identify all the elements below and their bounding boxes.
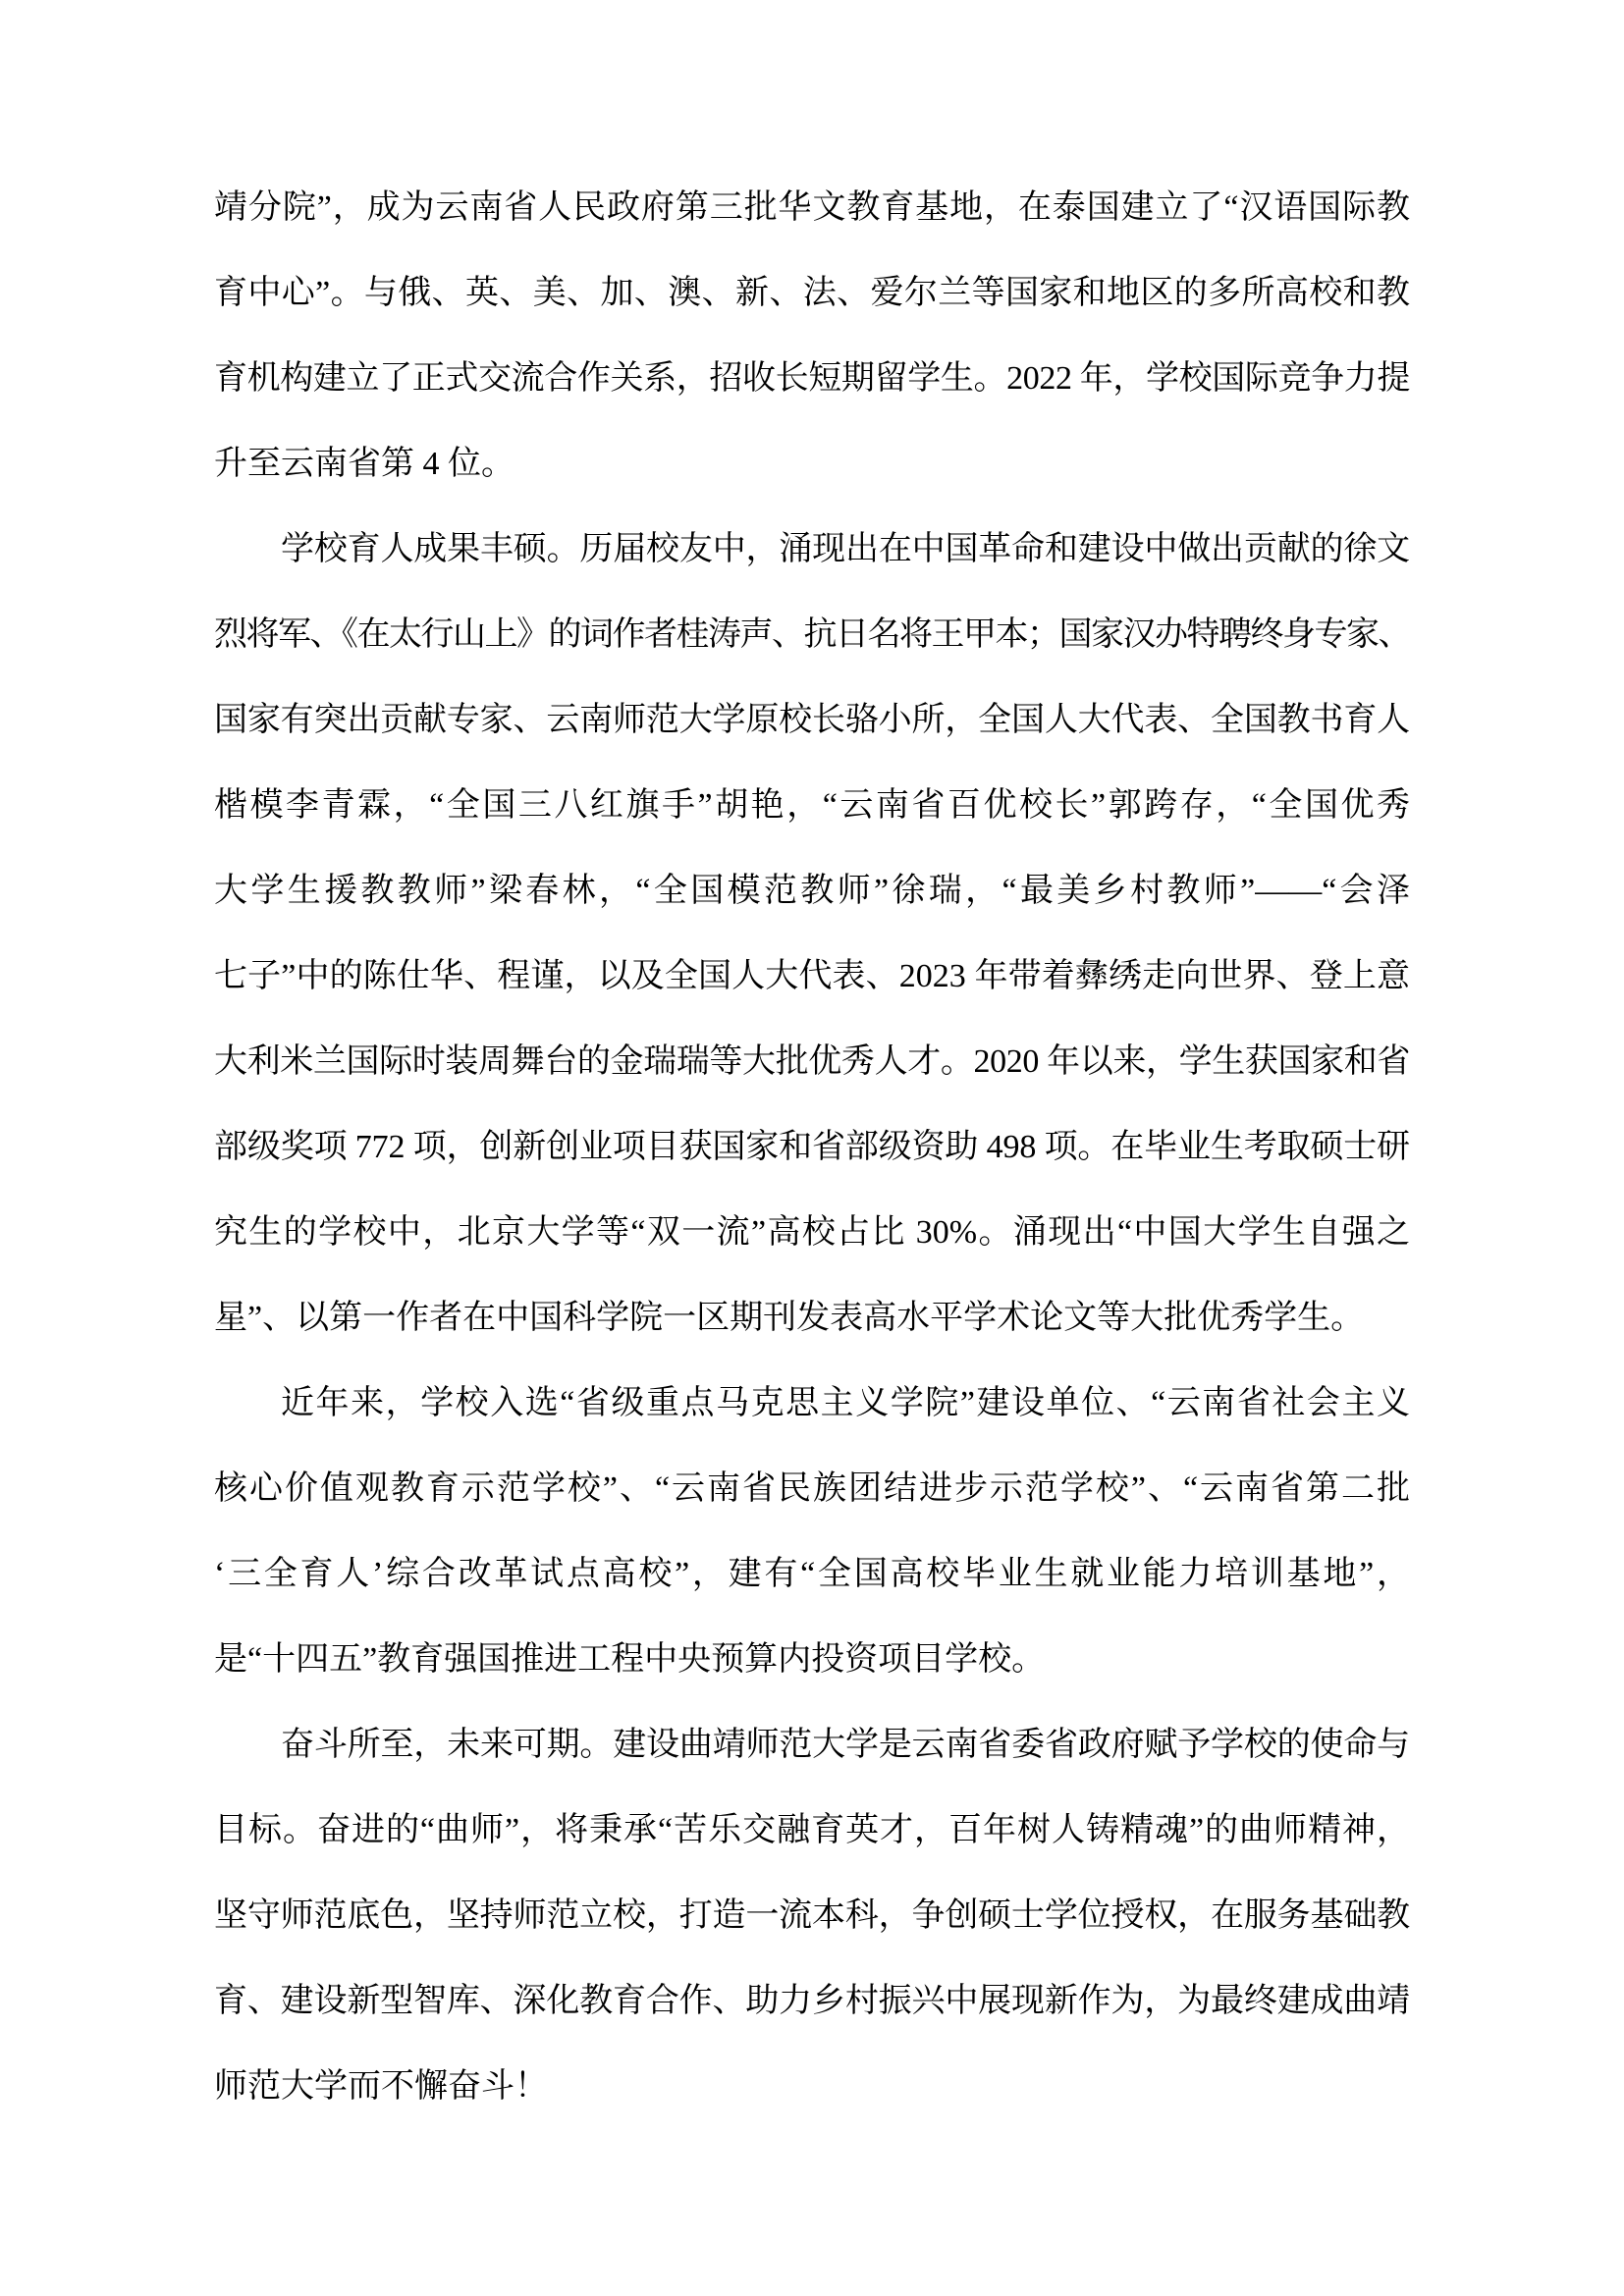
text-line: 近年来，学校入选“省级重点马克思主义学院”建设单位、“云南省社会主义 bbox=[214, 1361, 1410, 1446]
document-page: 靖分院”，成为云南省人民政府第三批华文教育基地，在泰国建立了“汉语国际教 育中心… bbox=[0, 0, 1624, 2296]
text-line: 目标。奋进的“曲师”，将秉承“苦乐交融育英才，百年树人铸精魂”的曲师精神， bbox=[214, 1788, 1410, 1873]
document-text-block: 靖分院”，成为云南省人民政府第三批华文教育基地，在泰国建立了“汉语国际教 育中心… bbox=[214, 165, 1410, 2129]
text-line: 坚守师范底色，坚持师范立校，打造一流本科，争创硕士学位授权，在服务基础教 bbox=[214, 1873, 1410, 1958]
text-line: 核心价值观教育示范学校”、“云南省民族团结进步示范学校”、“云南省第二批 bbox=[214, 1446, 1410, 1531]
text-line: 师范大学而不懈奋斗！ bbox=[214, 2044, 1410, 2129]
paragraph: 奋斗所至，未来可期。建设曲靖师范大学是云南省委省政府赋予学校的使命与 目标。奋进… bbox=[214, 1702, 1410, 2129]
text-line: ‘三全育人’综合改革试点高校”，建有“全国高校毕业生就业能力培训基地”， bbox=[214, 1531, 1410, 1617]
text-line: 部级奖项 772 项，创新创业项目获国家和省部级资助 498 项。在毕业生考取硕… bbox=[214, 1104, 1410, 1190]
text-line: 靖分院”，成为云南省人民政府第三批华文教育基地，在泰国建立了“汉语国际教 bbox=[214, 165, 1410, 250]
text-line: 大利米兰国际时装周舞台的金瑞瑞等大批优秀人才。2020 年以来，学生获国家和省 bbox=[214, 1019, 1410, 1104]
text-line: 育中心”。与俄、英、美、加、澳、新、法、爱尔兰等国家和地区的多所高校和教 bbox=[214, 250, 1410, 336]
text-line: 奋斗所至，未来可期。建设曲靖师范大学是云南省委省政府赋予学校的使命与 bbox=[214, 1702, 1410, 1788]
text-line: 是“十四五”教育强国推进工程中央预算内投资项目学校。 bbox=[214, 1617, 1410, 1702]
text-line: 烈将军、《在太行山上》的词作者桂涛声、抗日名将王甲本；国家汉办特聘终身专家、 bbox=[214, 592, 1410, 677]
text-line: 学校育人成果丰硕。历届校友中，涌现出在中国革命和建设中做出贡献的徐文 bbox=[214, 507, 1410, 592]
paragraph: 靖分院”，成为云南省人民政府第三批华文教育基地，在泰国建立了“汉语国际教 育中心… bbox=[214, 165, 1410, 507]
text-line: 育机构建立了正式交流合作关系，招收长短期留学生。2022 年，学校国际竞争力提 bbox=[214, 336, 1410, 421]
text-line: 七子”中的陈仕华、程谨，以及全国人大代表、2023 年带着彝绣走向世界、登上意 bbox=[214, 934, 1410, 1019]
text-line: 究生的学校中，北京大学等“双一流”高校占比 30%。涌现出“中国大学生自强之 bbox=[214, 1190, 1410, 1275]
text-line: 楷模李青霖，“全国三八红旗手”胡艳，“云南省百优校长”郭跨存，“全国优秀 bbox=[214, 763, 1410, 848]
paragraph: 近年来，学校入选“省级重点马克思主义学院”建设单位、“云南省社会主义 核心价值观… bbox=[214, 1361, 1410, 1702]
text-line: 国家有突出贡献专家、云南师范大学原校长骆小所，全国人大代表、全国教书育人 bbox=[214, 677, 1410, 763]
text-line: 星”、以第一作者在中国科学院一区期刊发表高水平学术论文等大批优秀学生。 bbox=[214, 1275, 1410, 1361]
text-line: 大学生援教教师”梁春林，“全国模范教师”徐瑞，“最美乡村教师”——“会泽 bbox=[214, 848, 1410, 934]
text-line: 育、建设新型智库、深化教育合作、助力乡村振兴中展现新作为，为最终建成曲靖 bbox=[214, 1958, 1410, 2044]
text-line: 升至云南省第 4 位。 bbox=[214, 421, 1410, 507]
paragraph: 学校育人成果丰硕。历届校友中，涌现出在中国革命和建设中做出贡献的徐文 烈将军、《… bbox=[214, 507, 1410, 1361]
